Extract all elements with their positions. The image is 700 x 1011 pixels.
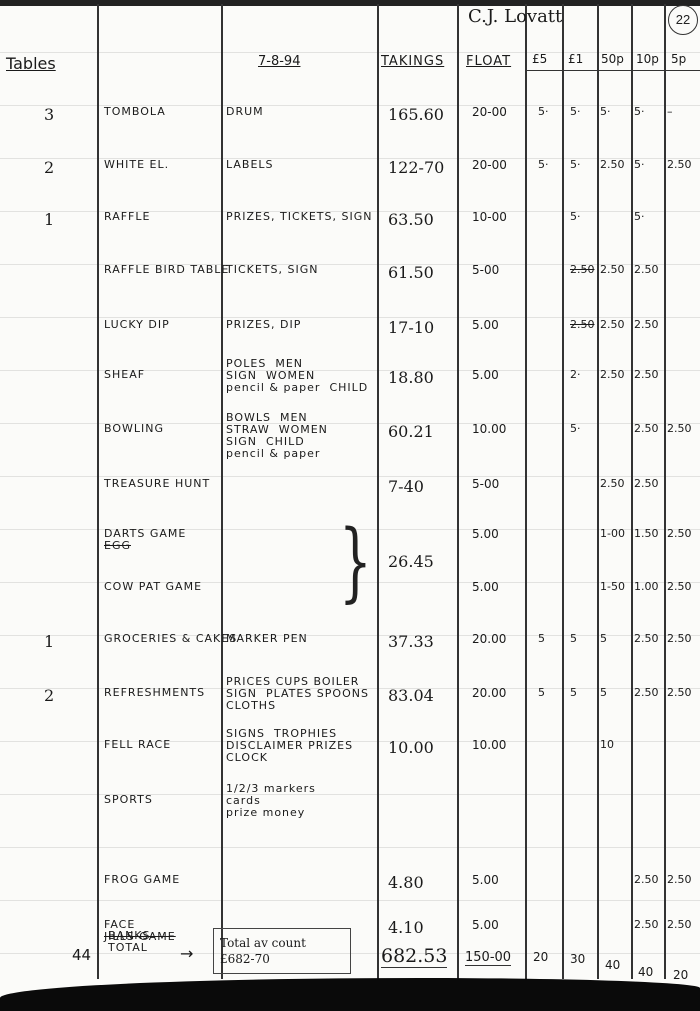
- row-stall: TREASURE HUNT: [104, 477, 210, 490]
- row-stall: COW PAT GAME: [104, 580, 202, 593]
- row-equipment: 1/2/3 markers cards prize money: [226, 783, 316, 819]
- row-tables: 1: [44, 632, 54, 651]
- row-stall: RAFFLE BIRD TABLE: [104, 263, 229, 276]
- row-float: 5.00: [472, 580, 499, 594]
- row-p10: 5·: [634, 158, 645, 171]
- row-p10: 1.50: [634, 527, 659, 540]
- row-f5: 5: [538, 632, 545, 645]
- row-f5: 5: [538, 686, 545, 699]
- arrow-icon: →: [180, 944, 193, 963]
- row-f1: 5: [570, 686, 577, 699]
- total-tables: 44: [72, 946, 91, 964]
- row-p10: 2.50: [634, 918, 659, 931]
- total-1-pound: 30: [570, 952, 585, 966]
- row-takings: 60.21: [388, 422, 434, 441]
- row-float: 5.00: [472, 318, 499, 332]
- header-10p: 10p: [636, 52, 659, 66]
- row-p5: 2.50: [667, 527, 692, 540]
- row-equipment: SIGNS TROPHIES DISCLAIMER PRIZES CLOCK: [226, 728, 353, 764]
- row-equipment: POLES MEN SIGN WOMEN pencil & paper CHIL…: [226, 358, 368, 394]
- total-10p: 40: [638, 965, 653, 979]
- banks-total-label: BANKS TOTAL: [108, 930, 168, 954]
- header-1-pound: £1: [568, 52, 583, 66]
- row-f1: 5·: [570, 158, 581, 171]
- tables-header: Tables: [6, 54, 56, 73]
- row-f1: 2.50: [570, 263, 595, 276]
- row-p10: 2.50: [634, 368, 659, 381]
- row-stall: BOWLING: [104, 422, 164, 435]
- row-takings: 165.60: [388, 105, 444, 124]
- bracket-icon: }: [339, 512, 372, 612]
- row-equipment: BOWLS MEN STRAW WOMEN SIGN CHILD pencil …: [226, 412, 328, 460]
- row-float: 20-00: [472, 158, 507, 172]
- row-float: 10-00: [472, 210, 507, 224]
- column-rule: [631, 4, 633, 979]
- column-rule: [377, 4, 379, 979]
- total-50p: 40: [605, 958, 620, 972]
- total-float: 150-00: [465, 950, 511, 966]
- row-float: 10.00: [472, 738, 506, 752]
- row-p10: 2.50: [634, 318, 659, 331]
- header-50p: 50p: [601, 52, 624, 66]
- row-p10: 2.50: [634, 686, 659, 699]
- row-p10: 1.00: [634, 580, 659, 593]
- row-p50: 1-00: [600, 527, 625, 540]
- row-float: 5.00: [472, 527, 499, 541]
- note-text: Total av count £682-70: [220, 935, 306, 967]
- row-float: 10.00: [472, 422, 506, 436]
- row-stall: RAFFLE: [104, 210, 150, 223]
- row-takings: 26.45: [388, 552, 434, 571]
- row-p50: 10: [600, 738, 614, 751]
- row-stall: SPORTS: [104, 793, 153, 806]
- row-equipment: TICKETS, SIGN: [226, 263, 318, 276]
- row-stall: FROG GAME: [104, 873, 180, 886]
- row-f1: 5: [570, 632, 577, 645]
- row-tables: 2: [44, 686, 54, 705]
- row-takings: 7-40: [388, 477, 424, 496]
- signature: C.J. Lovatt: [468, 6, 562, 27]
- row-f5: 5·: [538, 105, 549, 118]
- row-takings: 61.50: [388, 263, 434, 282]
- row-takings: 83.04: [388, 686, 434, 705]
- column-rule: [562, 4, 564, 979]
- row-float: 20-00: [472, 105, 507, 119]
- row-equipment: PRIZES, TICKETS, SIGN: [226, 210, 372, 223]
- row-takings: 4.80: [388, 873, 424, 892]
- row-float: 5.00: [472, 918, 499, 932]
- row-f1: 2·: [570, 368, 581, 381]
- row-stall: WHITE EL.: [104, 158, 169, 171]
- row-p10: 5·: [634, 105, 645, 118]
- row-p50: 5: [600, 632, 607, 645]
- header-float: FLOAT: [466, 54, 511, 69]
- row-takings: 37.33: [388, 632, 434, 651]
- row-p5: 2.50: [667, 580, 692, 593]
- row-stall: SHEAF: [104, 368, 145, 381]
- row-f1: 2.50: [570, 318, 595, 331]
- row-p10: 5·: [634, 210, 645, 223]
- row-f1: 5·: [570, 210, 581, 223]
- total-takings: 682.53: [381, 945, 447, 968]
- row-p5: 2.50: [667, 873, 692, 886]
- total-5p: 20: [673, 968, 688, 982]
- row-stall: TOMBOLA: [104, 105, 166, 118]
- header-5-pound: £5: [532, 52, 547, 66]
- row-p10: 2.50: [634, 632, 659, 645]
- row-equipment: MARKER PEN: [226, 632, 308, 645]
- header-takings: TAKINGS: [381, 54, 444, 69]
- row-p5: 2.50: [667, 632, 692, 645]
- row-p5: 2.50: [667, 686, 692, 699]
- row-takings: 122-70: [388, 158, 444, 177]
- column-rule: [221, 4, 223, 979]
- row-p10: 2.50: [634, 477, 659, 490]
- row-f1: 5·: [570, 422, 581, 435]
- row-tables: 2: [44, 158, 54, 177]
- row-p50: 2.50: [600, 158, 625, 171]
- row-float: 5-00: [472, 263, 499, 277]
- row-takings: 4.10: [388, 918, 424, 937]
- row-takings: 18.80: [388, 368, 434, 387]
- row-takings: 63.50: [388, 210, 434, 229]
- row-equipment: LABELS: [226, 158, 274, 171]
- row-f1: 5·: [570, 105, 581, 118]
- row-p50: 5·: [600, 105, 611, 118]
- row-f5: 5·: [538, 158, 549, 171]
- page-bottom-edge: [0, 978, 700, 1011]
- row-p50: 2.50: [600, 263, 625, 276]
- row-p50: 2.50: [600, 368, 625, 381]
- row-equipment: DRUM: [226, 105, 264, 118]
- row-p10: 2.50: [634, 873, 659, 886]
- row-float: 20.00: [472, 686, 506, 700]
- ledger-page: Tables 7-8-94 C.J. Lovatt 22 TAKINGS FLO…: [0, 0, 700, 1011]
- row-p50: 1-50: [600, 580, 625, 593]
- row-p50: 2.50: [600, 318, 625, 331]
- column-rule: [457, 4, 459, 979]
- row-p5: 2.50: [667, 422, 692, 435]
- row-float: 5.00: [472, 873, 499, 887]
- note-box: Total av count £682-70: [213, 928, 351, 974]
- row-p10: 2.50: [634, 422, 659, 435]
- row-stall: GROCERIES & CAKES: [104, 632, 237, 645]
- column-rule: [664, 4, 666, 979]
- page-number: 22: [668, 5, 698, 35]
- row-stall: REFRESHMENTS: [104, 686, 205, 699]
- row-p5: –: [667, 105, 673, 118]
- column-rule: [597, 4, 599, 979]
- column-rule: [525, 4, 527, 979]
- date: 7-8-94: [258, 54, 300, 69]
- header-rule: [527, 70, 700, 71]
- row-equipment: PRICES CUPS BOILER SIGN PLATES SPOONS CL…: [226, 676, 369, 712]
- column-rule: [97, 4, 99, 979]
- row-tables: 1: [44, 210, 54, 229]
- row-equipment: PRIZES, DIP: [226, 318, 301, 331]
- row-tables: 3: [44, 105, 54, 124]
- row-takings: 17-10: [388, 318, 434, 337]
- row-float: 5.00: [472, 368, 499, 382]
- header-5p: 5p: [671, 52, 686, 66]
- row-p5: 2.50: [667, 158, 692, 171]
- row-p50: 5: [600, 686, 607, 699]
- row-float: 5-00: [472, 477, 499, 491]
- row-p5: 2.50: [667, 918, 692, 931]
- row-stall: LUCKY DIP: [104, 318, 170, 331]
- row-p10: 2.50: [634, 263, 659, 276]
- row-stall: FELL RACE: [104, 738, 171, 751]
- struck-stall-name: EGG: [104, 539, 131, 552]
- row-float: 20.00: [472, 632, 506, 646]
- page-top-edge: [0, 0, 700, 6]
- row-p50: 2.50: [600, 477, 625, 490]
- total-5-pound: 20: [533, 950, 548, 964]
- row-takings: 10.00: [388, 738, 434, 757]
